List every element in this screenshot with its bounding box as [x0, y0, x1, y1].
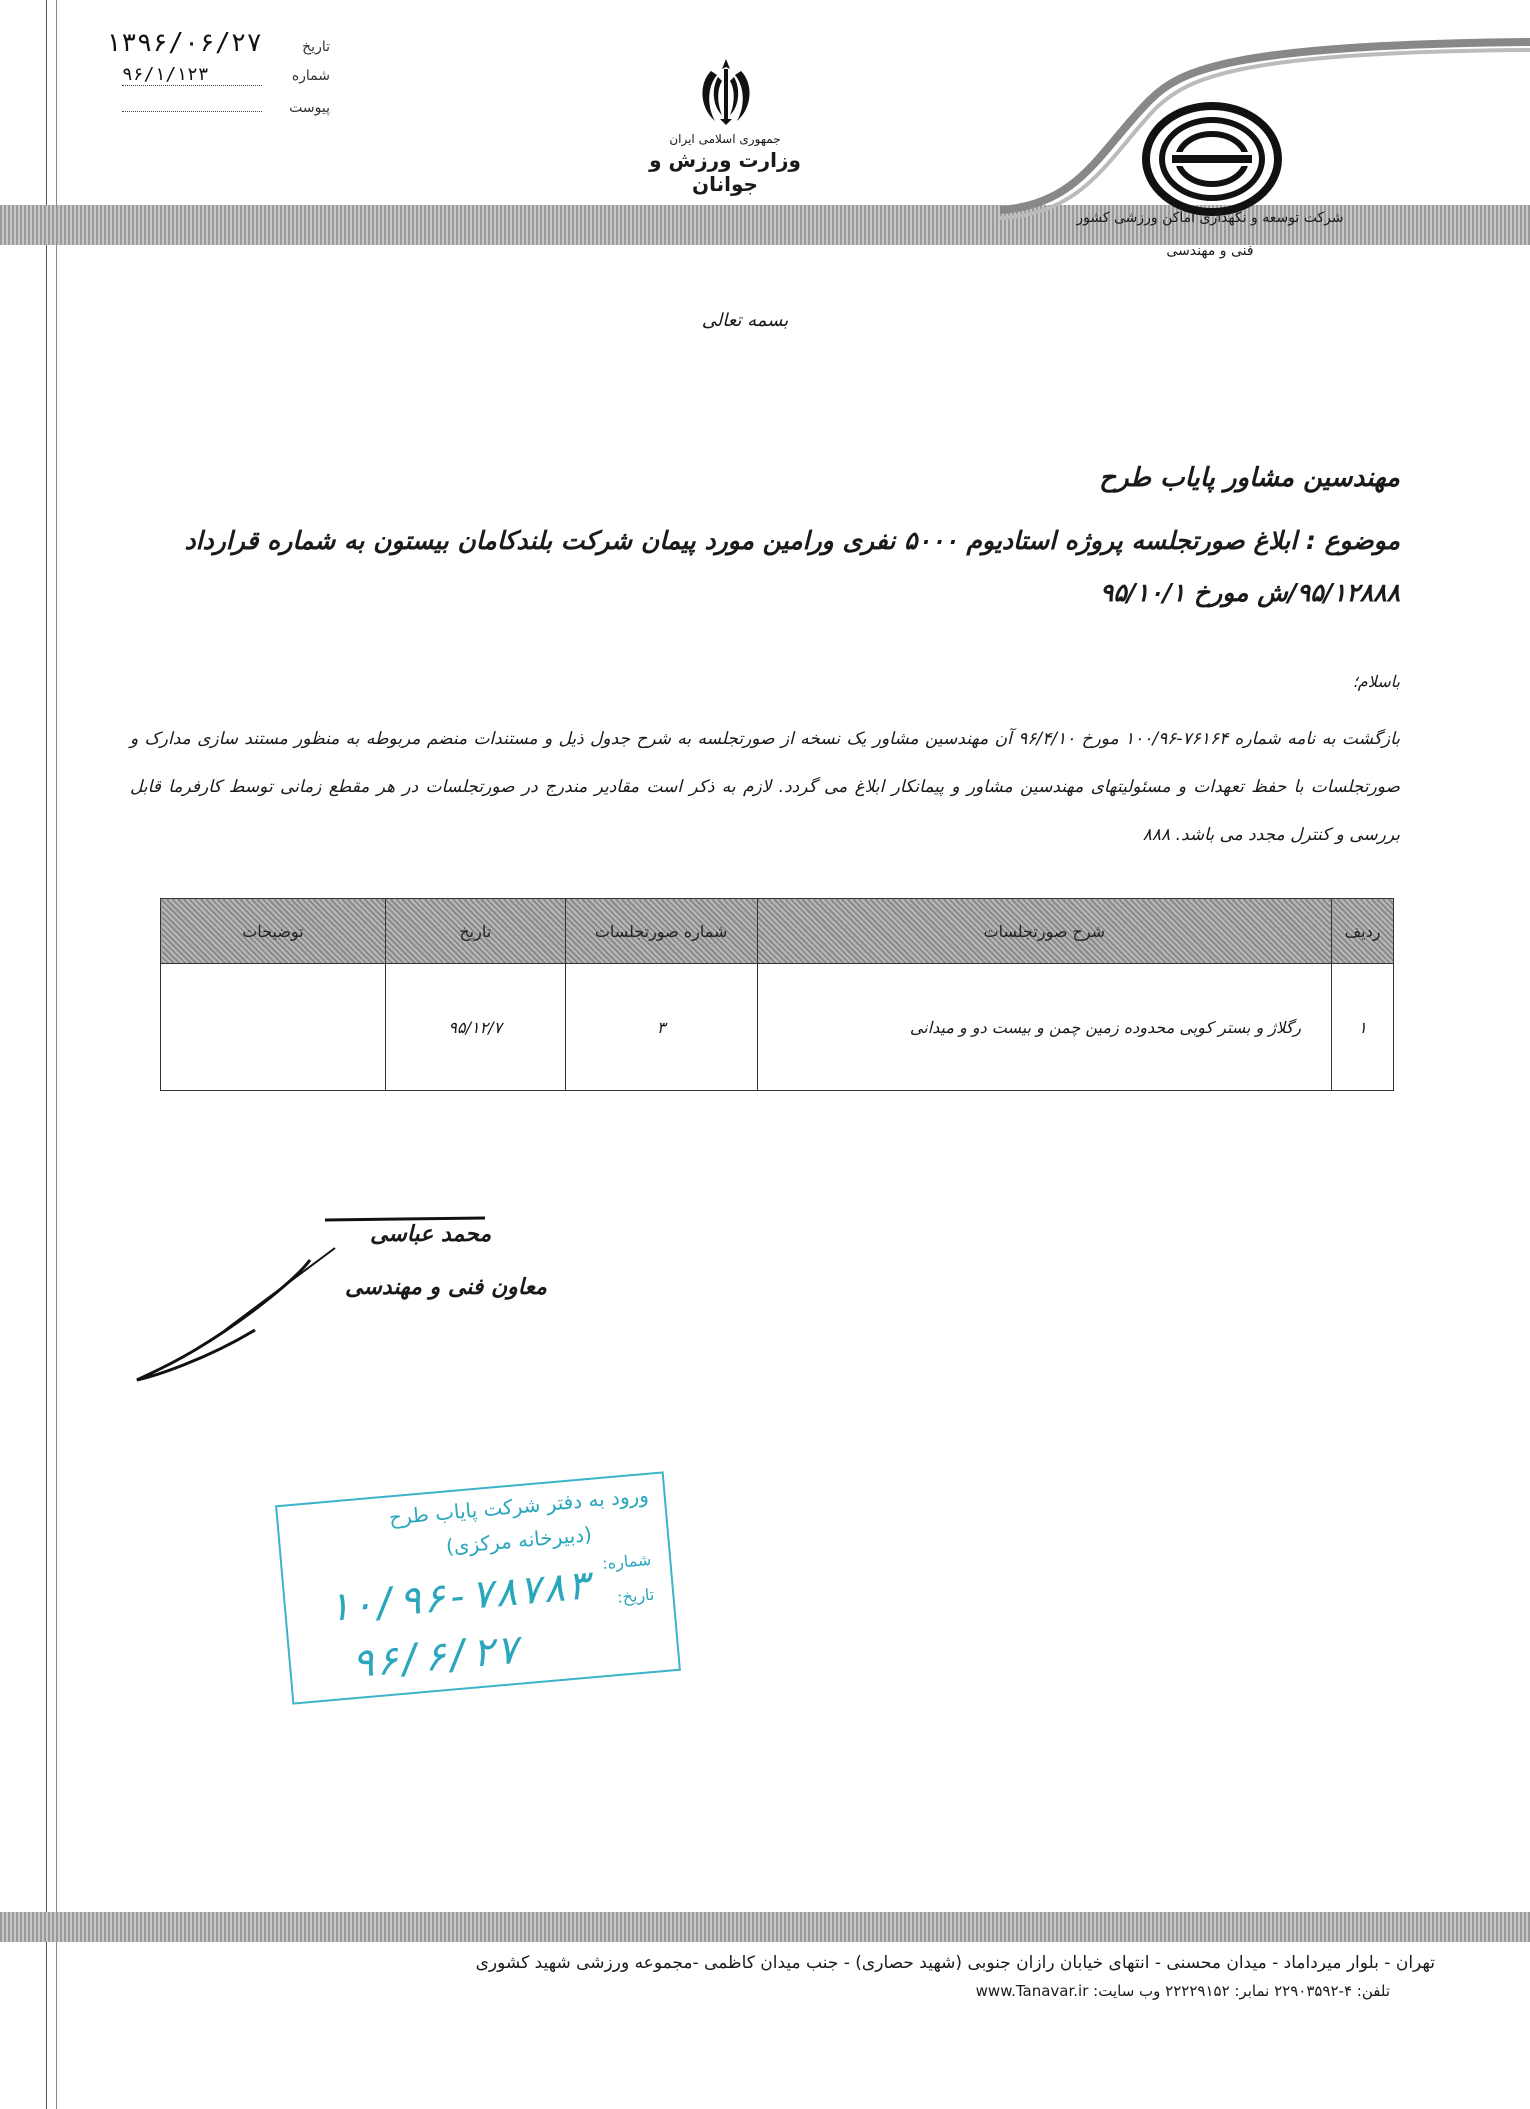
footer-contact: تلفن: ۴-۲۲۹۰۳۵۹۲ نمابر: ۲۲۲۲۹۱۵۲ وب سایت…	[970, 1982, 1390, 2000]
table-header-row: ردیف شرح صورتجلسات شماره صورتجلسات تاریخ…	[161, 899, 1394, 964]
col-header-description: شرح صورتجلسات	[757, 899, 1331, 964]
col-header-date: تاریخ	[385, 899, 565, 964]
stamp-title: ورود به دفتر شرکت پایاب طرح	[388, 1483, 650, 1530]
cell-notes	[161, 964, 386, 1091]
footer-address: تهران - بلوار میرداماد - میدان محسنی - ا…	[476, 1953, 1435, 1973]
meta-attachment-row: پیوست	[30, 100, 330, 136]
stamp-date-value: ۹۶/۶/۲۷	[349, 1627, 521, 1688]
number-label: شماره	[272, 68, 330, 84]
stamp-number-value: ۱۰/۹۶-۷۸۷۸۳	[324, 1562, 592, 1631]
scan-edge-line	[56, 0, 57, 2109]
cell-row-number: ۱	[1332, 964, 1394, 1091]
scan-edge-line	[46, 0, 47, 2109]
attachment-label: پیوست	[272, 100, 330, 116]
stamp-number-label: شماره:	[601, 1550, 652, 1573]
meta-number-row: شماره ۹۶/۱/۱۲۳	[30, 64, 330, 100]
attachment-value	[122, 111, 262, 112]
stamp-date-label: تاریخ:	[616, 1585, 655, 1607]
company-department: فنی و مهندسی	[1110, 243, 1310, 259]
col-header-minutes-number: شماره صورتجلسات	[565, 899, 757, 964]
cell-description: رگلاژ و بستر کوبی محدوده زمین چمن و بیست…	[757, 964, 1331, 1091]
letter-meta: تاریخ ۱۳۹۶/۰۶/۲۷ شماره ۹۶/۱/۱۲۳ پیوست	[30, 28, 330, 136]
number-value: ۹۶/۱/۱۲۳	[122, 64, 262, 86]
cell-minutes-number: ۳	[565, 964, 757, 1091]
addressee: مهندسین مشاور پایاب طرح	[1099, 463, 1400, 493]
date-label: تاریخ	[272, 39, 330, 55]
meta-date-row: تاریخ ۱۳۹۶/۰۶/۲۷	[30, 28, 330, 64]
cell-date: ۹۵/۱۲/۷	[385, 964, 565, 1091]
col-header-notes: توضیحات	[161, 899, 386, 964]
received-stamp: ورود به دفتر شرکت پایاب طرح (دبیرخانه مر…	[275, 1471, 681, 1704]
date-value: ۱۳۹۶/۰۶/۲۷	[105, 28, 262, 58]
footer-website-link[interactable]: www.Tanavar.ir	[976, 1982, 1089, 2000]
company-logo-icon	[1142, 102, 1282, 217]
footer-band	[0, 1912, 1530, 1942]
body-paragraph: بازگشت به نامه شماره ۷۶۱۶۴-۱۰۰/۹۶ مورخ ۹…	[130, 715, 1400, 859]
company-name: شرکت توسعه و نگهداری اماکن ورزشی کشور	[1040, 210, 1380, 226]
letter-page: تاریخ ۱۳۹۶/۰۶/۲۷ شماره ۹۶/۱/۱۲۳ پیوست جم…	[0, 0, 1530, 2109]
signatory-name: محمد عباسی	[370, 1222, 491, 1247]
minutes-table: ردیف شرح صورتجلسات شماره صورتجلسات تاریخ…	[160, 898, 1394, 1091]
table-row: ۱ رگلاژ و بستر کوبی محدوده زمین چمن و بی…	[161, 964, 1394, 1091]
footer-contact-text: تلفن: ۴-۲۲۹۰۳۵۹۲ نمابر: ۲۲۲۲۹۱۵۲ وب سایت…	[1093, 1982, 1390, 2000]
subject: موضوع : ابلاغ صورتجلسه پروژه استادیوم ۵۰…	[140, 515, 1400, 619]
ministry-name: وزارت ورزش و جوانان	[620, 148, 830, 196]
stamp-subtitle: (دبیرخانه مرکزی)	[445, 1522, 593, 1559]
col-header-row-number: ردیف	[1332, 899, 1394, 964]
iran-emblem-icon	[697, 55, 755, 127]
salutation: باسلام؛	[1353, 672, 1400, 691]
bismillah: بسمه تعالی	[690, 310, 800, 331]
republic-label: جمهوری اسلامی ایران	[640, 132, 810, 146]
signatory-title: معاون فنی و مهندسی	[345, 1275, 547, 1300]
